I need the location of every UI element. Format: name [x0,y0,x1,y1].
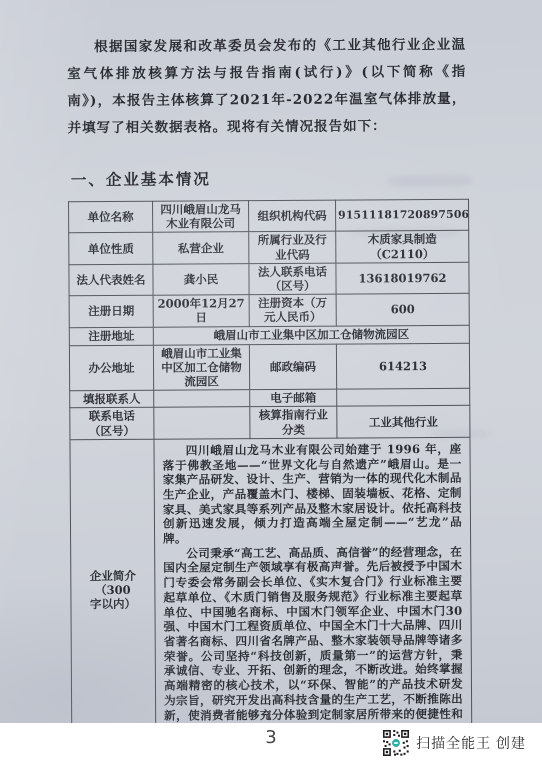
cell-org-code-label: 组织机构代码 [249,200,336,232]
cell-guide-category-value: 工业其他行业 [337,406,470,438]
camscanner-watermark: 扫描全能王 创建 [383,728,526,758]
cell-legal-phone-label: 法人联系电话 （区号） [249,263,336,295]
table-row: 法人代表姓名 龚小民 法人联系电话 （区号） 13618019762 [69,262,469,296]
watermark-text: 扫描全能王 创建 [416,733,526,753]
profile-paragraph-1: 四川峨眉山龙马木业有限公司始建于 1996 年，座落于佛教圣地——“世界文化与自… [162,442,462,547]
intro-paragraph: 根据国家发展和改革委员会发布的《工业其他行业企业温室气体排放核算方法与报告指南(… [67,32,467,142]
cell-guide-category-label: 核算指南行业 分类 [250,407,337,439]
cell-email-label: 电子邮箱 [250,389,337,407]
cell-industry-code-label: 所属行业及行 业代码 [249,232,336,264]
camscanner-qr-icon [383,730,409,756]
cell-reg-date-label: 注册日期 [69,295,153,327]
cell-postcode-value: 614213 [336,343,469,389]
cell-legal-rep-value: 龚小民 [153,263,249,295]
cell-unit-name-value: 四川峨眉山龙马 木业有限公司 [153,201,249,233]
cell-reg-capital-value: 600 [336,294,469,326]
table-row: 办公地址 峨眉山市工业集 中区加工仓储物 流园区 邮政编码 614213 [69,343,469,391]
cell-unit-name-label: 单位名称 [69,201,153,233]
cell-contact-person-value [154,390,250,408]
cell-profile-value: 四川峨眉山龙马木业有限公司始建于 1996 年，座落于佛教圣地——“世界文化与自… [154,437,472,723]
cell-reg-address-label: 注册地址 [69,327,153,346]
profile-paragraph-2: 公司秉承“高工艺、高品质、高信誉”的经营理念，在国内全屋定制生产领域享有极高声誉… [163,545,463,723]
cell-legal-rep-label: 法人代表姓名 [69,264,153,296]
cell-profile-label: 企业简介（300 字以内） [70,439,156,723]
cell-office-address-label: 办公地址 [69,345,153,391]
cell-legal-phone-value: 13618019762 [336,262,469,294]
cell-reg-date-value: 2000年12月27日 [153,295,249,327]
cell-postcode-label: 邮政编码 [249,344,336,390]
scan-area: 根据国家发展和改革委员会发布的《工业其他行业企业温室气体排放核算方法与报告指南(… [0,0,542,723]
cell-unit-type-label: 单位性质 [69,233,153,265]
section-heading: 一、企业基本情况 [71,167,211,190]
table-row: 联系电话 （区号） 核算指南行业 分类 工业其他行业 [70,406,470,440]
cell-industry-code-value: 木质家具制造 （C2110） [336,231,469,263]
table-row: 单位性质 私营企业 所属行业及行 业代码 木质家具制造 （C2110） [69,231,469,265]
cell-unit-type-value: 私营企业 [153,232,249,264]
table-row: 单位名称 四川峨眉山龙马 木业有限公司 组织机构代码 9151118172089… [69,199,469,233]
cell-org-code-value: 91511181720897506L [336,199,469,231]
cell-contact-phone-value [154,407,250,439]
cell-reg-capital-label: 注册资本（万 元人民币） [249,294,336,326]
table-row: 注册日期 2000年12月27日 注册资本（万 元人民币） 600 [69,294,469,328]
cell-contact-phone-label: 联系电话 （区号） [70,408,154,440]
cell-contact-person-label: 填报联系人 [70,390,154,408]
cell-email-value [337,389,470,407]
table-row: 企业简介（300 字以内） 四川峨眉山龙马木业有限公司始建于 1996 年，座落… [70,437,472,723]
scanned-content: 根据国家发展和改革委员会发布的《工业其他行业企业温室气体排放核算方法与报告指南(… [0,0,542,723]
enterprise-info-table: 单位名称 四川峨眉山龙马 木业有限公司 组织机构代码 9151118172089… [68,199,472,723]
cell-reg-address-value: 峨眉山市工业集中区加工仓储物流园区 [153,325,469,345]
bleed-through-artifact [387,175,473,188]
cell-office-address-value: 峨眉山市工业集 中区加工仓储物 流园区 [153,344,249,390]
